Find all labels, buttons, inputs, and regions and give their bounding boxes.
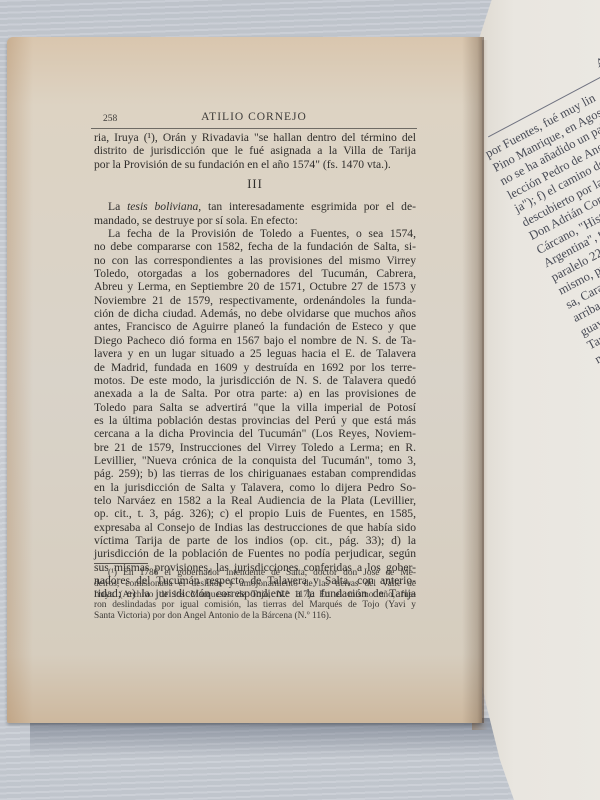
text-line: Noviembre 21 de 1579, respectivamente, o… bbox=[94, 294, 416, 307]
text-line: por la Provisión de su fundación en el a… bbox=[94, 158, 416, 171]
footnote-line: Santa Victoria) por don Angel Antonio de… bbox=[94, 611, 416, 622]
text-line: no con las correspondientes a las provis… bbox=[94, 254, 416, 267]
text-line: antes, Francisco de Aguirre planeó la fu… bbox=[94, 320, 416, 333]
footnote-line: deiros, comisionaba el deslinde y amojon… bbox=[94, 579, 416, 590]
footnotes: (¹) En 1786 el gobernador intendente de … bbox=[94, 568, 416, 622]
body-text: ria, Iruya (¹), Orán y Rivadavia "se hal… bbox=[94, 131, 416, 601]
text-line: distrito de jurisdicción que le fué asig… bbox=[94, 144, 416, 157]
text-line: pág. 259); b) las tierras de los chirigu… bbox=[94, 467, 416, 480]
running-head: 258 ATILIO CORNEJO bbox=[91, 110, 417, 129]
text-line: ria, Iruya (¹), Orán y Rivadavia "se hal… bbox=[94, 131, 416, 144]
text-line: víctima Tarija de parte de los indios (o… bbox=[94, 534, 416, 547]
text-line: expresaba al Consejo de Indias las destr… bbox=[94, 521, 416, 534]
book-gutter bbox=[462, 37, 484, 723]
text-line: mandado, se destruye por sí sola. En efe… bbox=[94, 214, 416, 227]
text-line: Abreu y Lerma, en Septiembre 20 de 1571,… bbox=[94, 280, 416, 293]
footnote-rule bbox=[94, 563, 148, 564]
continuation-paragraph: ria, Iruya (¹), Orán y Rivadavia "se hal… bbox=[94, 131, 416, 171]
text-line: bre 21 de 1579, Instrucciones del Virrey… bbox=[94, 441, 416, 454]
footnote-line: Iruya (Archivo de los Marqueses de Tojo,… bbox=[94, 590, 416, 601]
text-line: Toledo para Salta se advertirá "que la v… bbox=[94, 401, 416, 414]
text-line: de Madrid, fundada en 1609 y destruída e… bbox=[94, 361, 416, 374]
section-numeral: III bbox=[94, 178, 416, 191]
text-line: lavera y en un lugar situado a 25 leguas… bbox=[94, 347, 416, 360]
running-head-title: ATILIO CORNEJO bbox=[91, 111, 417, 123]
footnote-line: (¹) En 1786 el gobernador intendente de … bbox=[94, 568, 416, 579]
paragraph-1: La tesis boliviana, tan interesadamente … bbox=[94, 200, 416, 227]
text-line: motos. De este modo, la jurisdicción de … bbox=[94, 374, 416, 387]
text-line: no debe compararse con 1582, fecha de la… bbox=[94, 240, 416, 253]
text-line: ción de dicha ciudad. Además, no debe ol… bbox=[94, 307, 416, 320]
text-line: op. cit., t. 3, pág. 326); c) el propio … bbox=[94, 507, 416, 520]
footnote-line: ron deslindadas por igual comisión, las … bbox=[94, 600, 416, 611]
text-line: La fecha de la Provisión de Toledo a Fue… bbox=[94, 227, 416, 240]
text-line: La tesis boliviana, tan interesadamente … bbox=[94, 200, 416, 213]
text-line: telo Narváez en 1582 a la Real Audiencia… bbox=[94, 494, 416, 507]
text-line: Toledo, otorgadas a los gobernadores del… bbox=[94, 267, 416, 280]
text-line: jurisdicción de la población de Fuentes … bbox=[94, 547, 416, 560]
paragraph-2: La fecha de la Provisión de Toledo a Fue… bbox=[94, 227, 416, 601]
text-line: es la última población destas provincias… bbox=[94, 414, 416, 427]
book-shadow bbox=[30, 718, 500, 758]
text-line: en la jurisdicción de Salta y Talavera, … bbox=[94, 481, 416, 494]
text-line: cercana a la dicha Provincia del Tucumán… bbox=[94, 427, 416, 440]
text-line: Diego Pacheco dió forma en 1567 bajo el … bbox=[94, 334, 416, 347]
text-line: Levillier, "Nueva crónica de la conquist… bbox=[94, 454, 416, 467]
text-line: anexada a la de Salta. Por otra parte: a… bbox=[94, 387, 416, 400]
